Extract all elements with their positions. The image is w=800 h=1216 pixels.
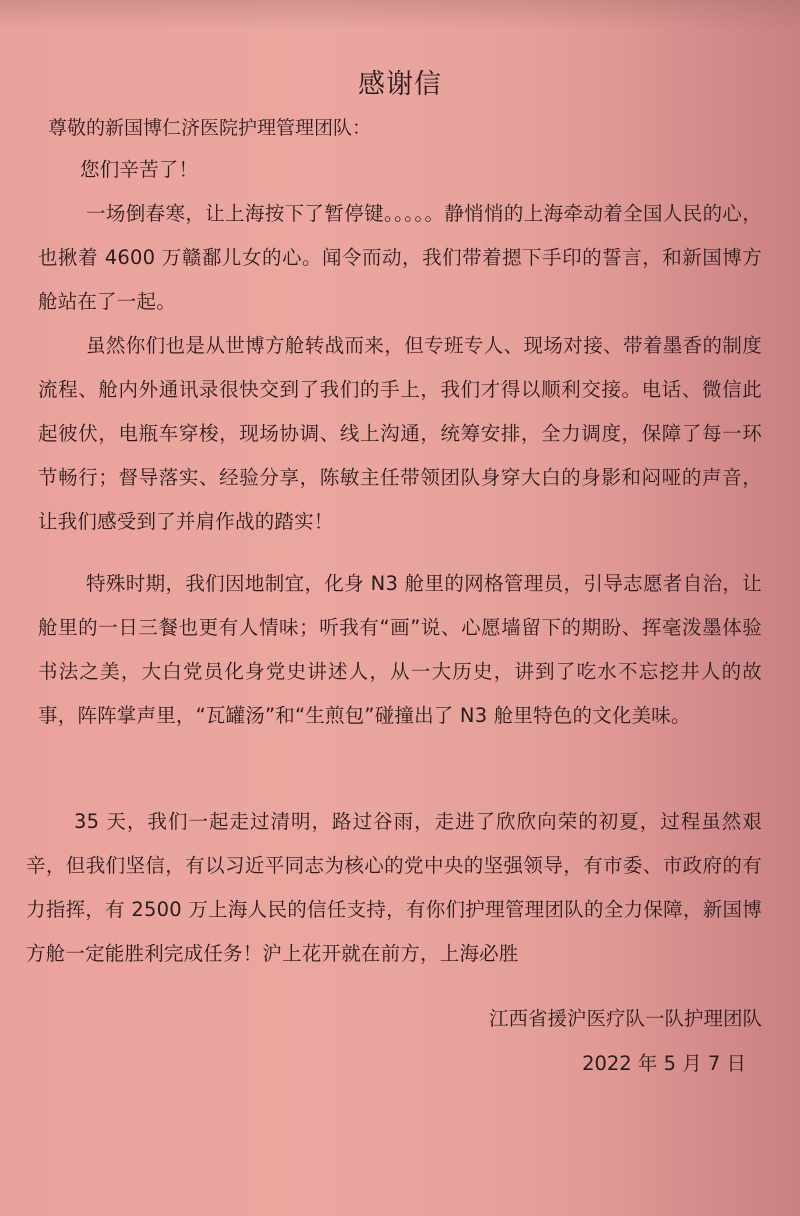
letter-date: 2022 年 5 月 7 日 [582, 1048, 746, 1076]
letter-salutation: 尊敬的新国博仁济医院护理管理团队： [48, 113, 371, 140]
photo-shadow-top [0, 0, 800, 30]
letter-signature: 江西省援沪医疗队一队护理团队 [489, 1003, 762, 1031]
letter-title: 感谢信 [0, 62, 800, 101]
letter-paragraph: 一场倒春寒，让上海按下了暂停键。。。。。静悄悄的上海牵动着全国人民的心，也揪着 … [38, 192, 762, 324]
letter-paragraph-greeting: 您们辛苦了！ [80, 148, 800, 192]
letter-paragraph: 特殊时期，我们因地制宜，化身 N3 舱里的网格管理员，引导志愿者自治，让舱里的一… [38, 562, 762, 738]
letter-paragraph: 虽然你们也是从世博方舱转战而来，但专班专人、现场对接、带着墨香的制度流程、舱内外… [38, 324, 762, 544]
letter-paragraph: 35 天，我们一起走过清明，路过谷雨，走进了欣欣向荣的初夏，过程虽然艰辛，但我们… [26, 800, 762, 976]
